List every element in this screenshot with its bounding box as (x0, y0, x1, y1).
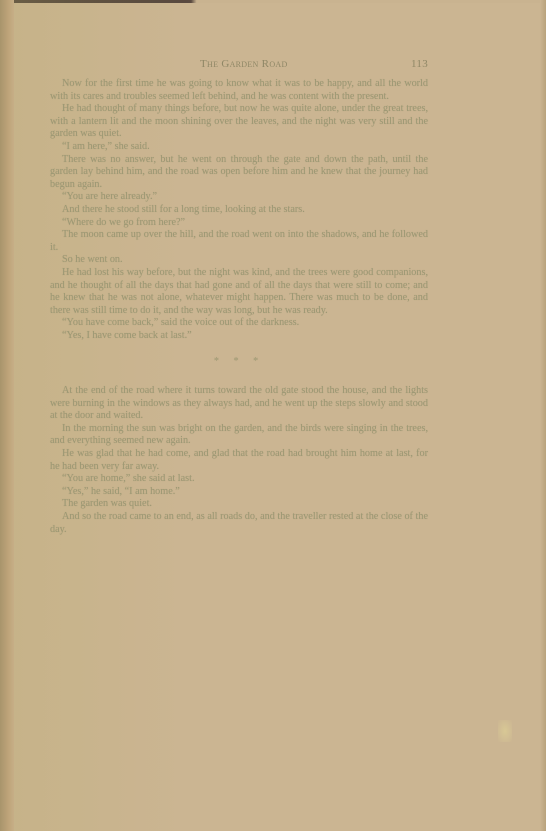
paragraph: “I am here,” she said. (50, 141, 428, 154)
paragraph: The moon came up over the hill, and the … (50, 229, 428, 254)
body-text: Now for the first time he was going to k… (50, 78, 428, 536)
paragraph: “You have come back,” said the voice out… (50, 317, 428, 330)
page-right-edge (540, 0, 546, 831)
paragraph: “Yes, I have come back at last.” (50, 330, 428, 343)
paragraph: And there he stood still for a long time… (50, 204, 428, 217)
paragraph: Now for the first time he was going to k… (50, 78, 428, 103)
paragraph: He was glad that he had come, and glad t… (50, 448, 428, 473)
paragraph: He had thought of many things before, bu… (50, 103, 428, 141)
paragraph: So he went on. (50, 254, 428, 267)
paragraph: “You are here already.” (50, 191, 428, 204)
page-number: 113 (411, 58, 428, 70)
section-two: At the end of the road where it turns to… (50, 385, 428, 536)
paragraph: “Yes,” he said, “I am home.” (50, 486, 428, 499)
paragraph: There was no answer, but he went on thro… (50, 154, 428, 192)
section-break: * * * (50, 356, 428, 369)
paragraph: He had lost his way before, but the nigh… (50, 267, 428, 317)
paragraph: At the end of the road where it turns to… (50, 385, 428, 423)
section-one: Now for the first time he was going to k… (50, 78, 428, 342)
paper-blemish (498, 720, 512, 742)
paragraph: “Where do we go from here?” (50, 217, 428, 230)
paragraph: In the morning the sun was bright on the… (50, 423, 428, 448)
running-title: The Garden Road (200, 58, 288, 70)
paragraph: The garden was quiet. (50, 498, 428, 511)
paragraph: And so the road came to an end, as all r… (50, 511, 428, 536)
paragraph: “You are home,” she said at last. (50, 473, 428, 486)
book-binding-edge (0, 0, 14, 831)
